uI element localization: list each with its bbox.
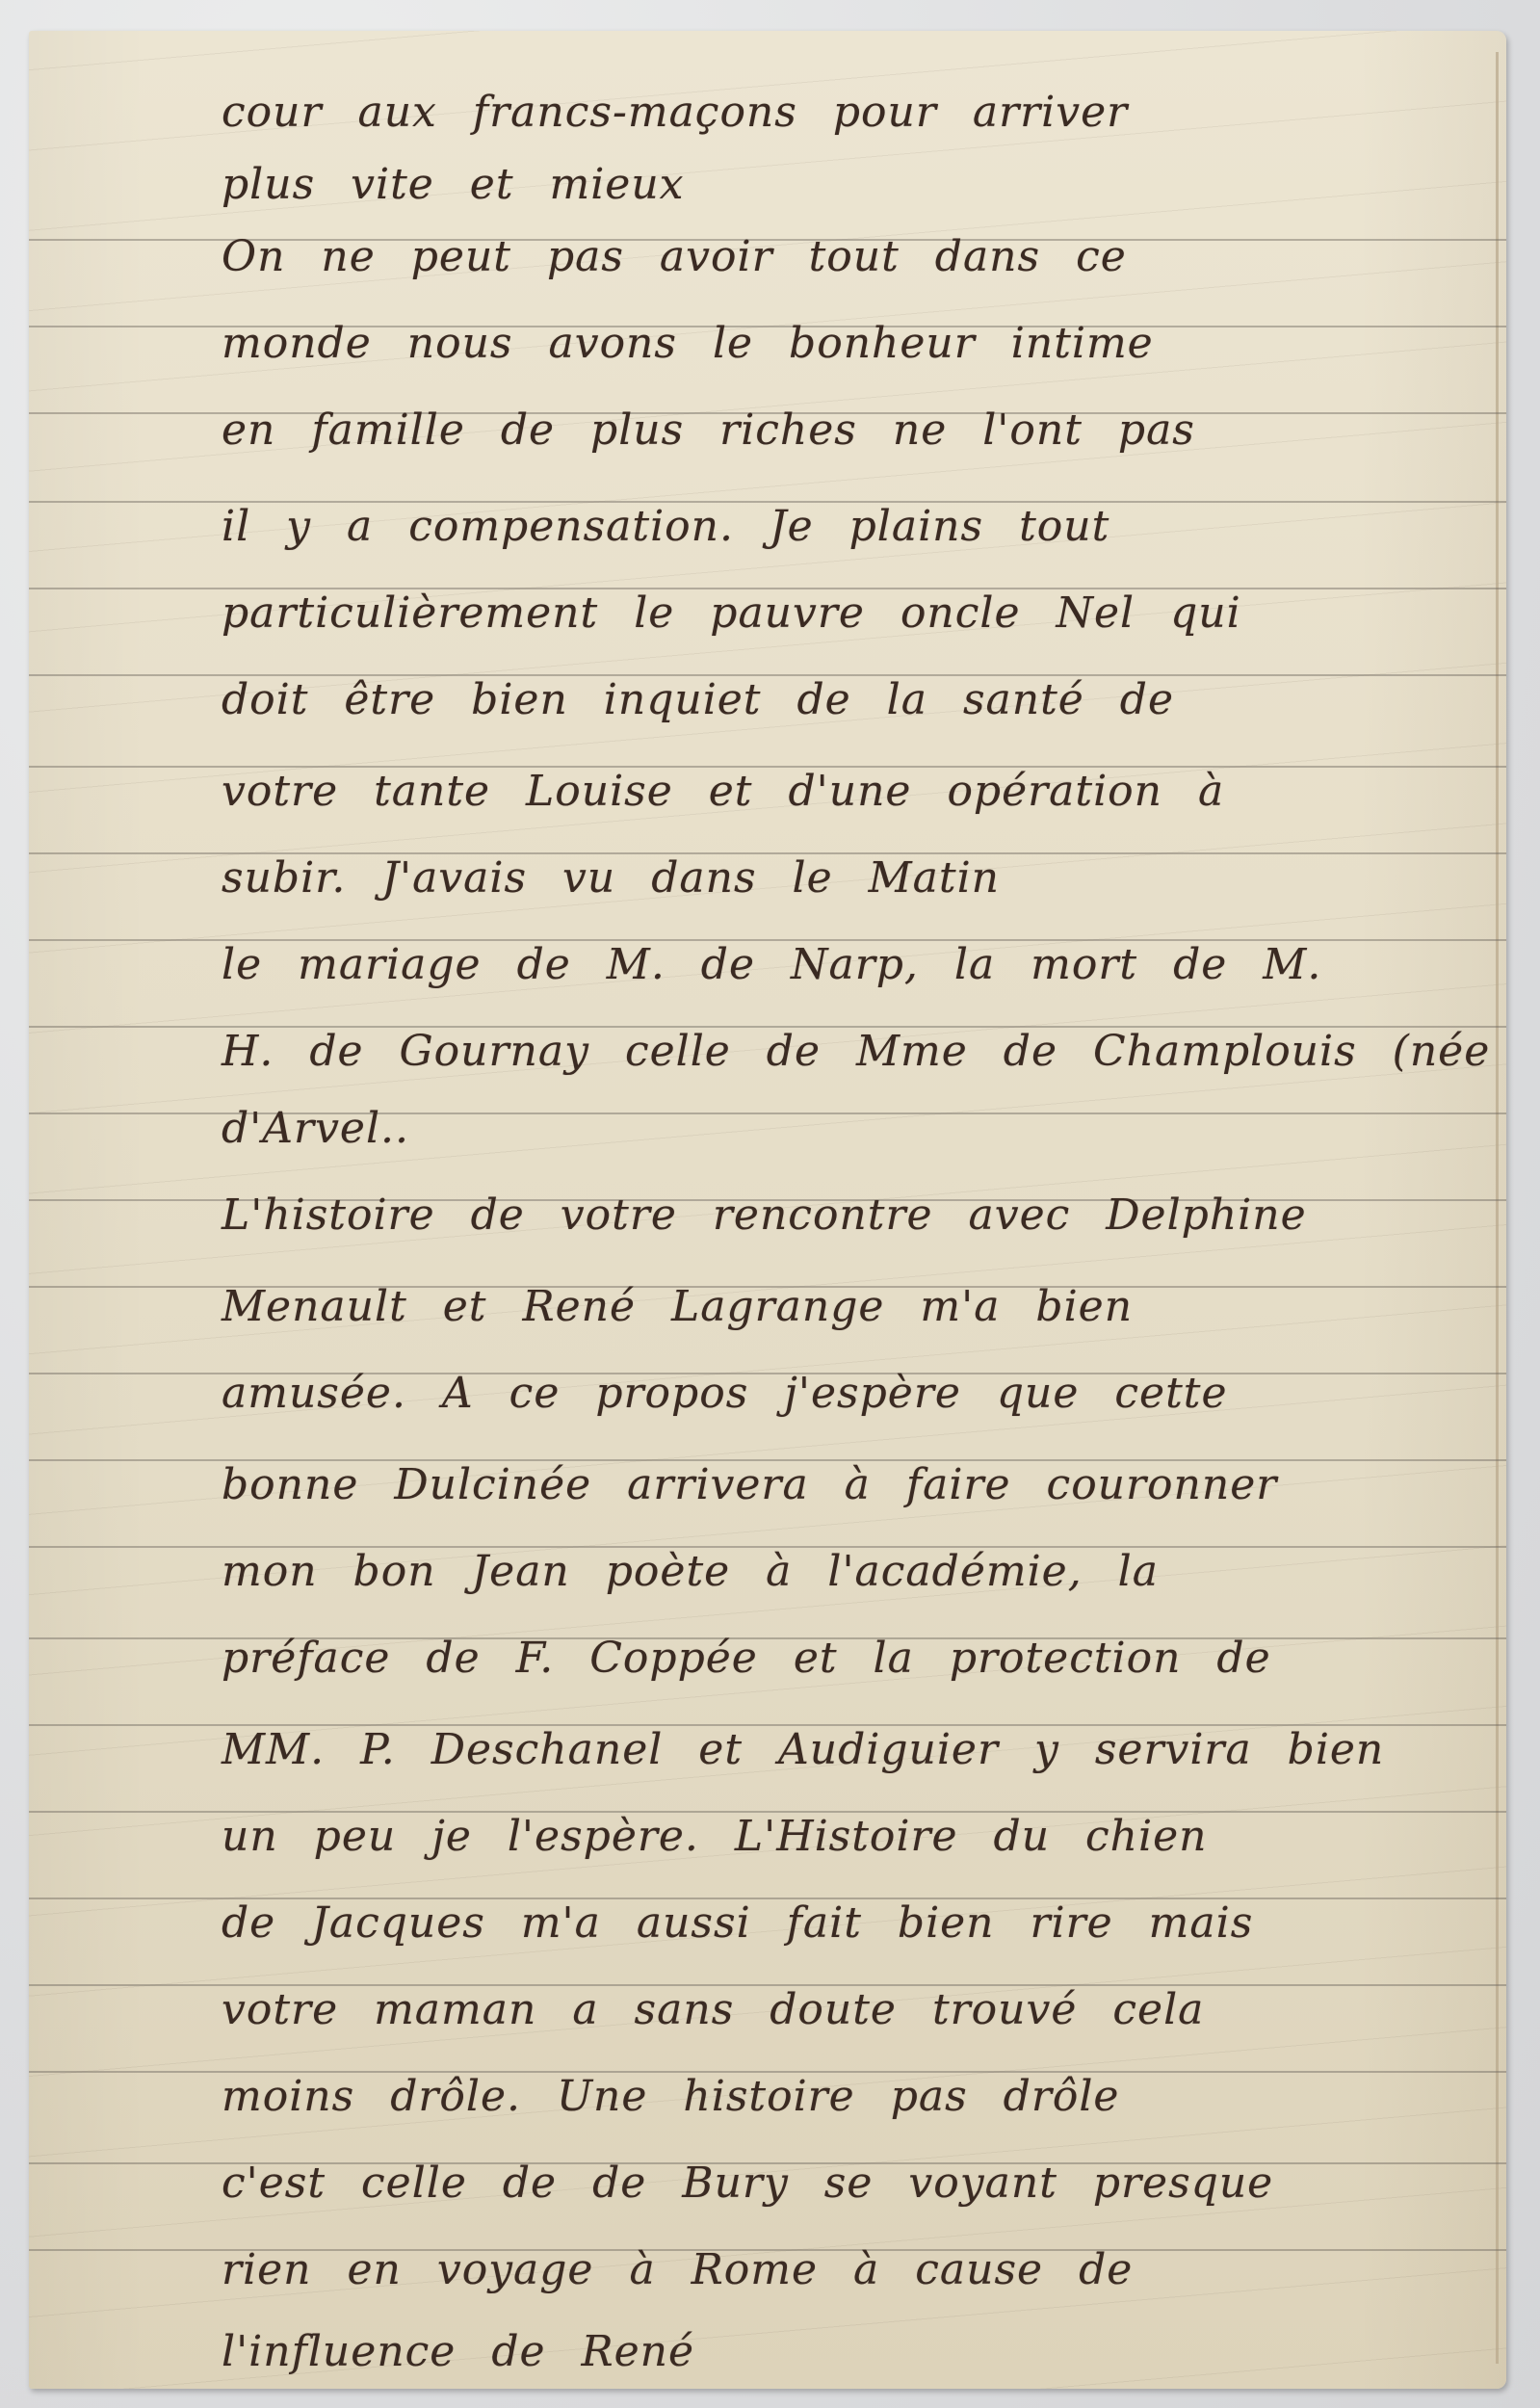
handwritten-line-24: moins drôle. Une histoire pas drôle (222, 2068, 1502, 2126)
handwritten-line-23: votre maman a sans doute trouvé cela (222, 1981, 1502, 2039)
handwritten-line-10: subir. J'avais vu dans le Matin (222, 850, 1502, 907)
handwritten-line-18: mon bon Jean poète à l'académie, la (222, 1543, 1502, 1601)
handwritten-line-20: MM. P. Deschanel et Audiguier y servira … (222, 1721, 1502, 1779)
handwritten-line-6: il y a compensation. Je plains tout (222, 498, 1502, 556)
handwritten-line-21: un peu je l'espère. L'Histoire du chien (222, 1808, 1502, 1866)
handwritten-line-17: bonne Dulcinée arrivera à faire couronne… (222, 1456, 1502, 1514)
handwritten-line-7: particulièrement le pauvre oncle Nel qui (222, 585, 1502, 642)
handwritten-line-4: monde nous avons le bonheur intime (222, 315, 1502, 373)
handwritten-line-16: amusée. A ce propos j'espère que cette (222, 1365, 1502, 1423)
handwritten-line-9: votre tante Louise et d'une opération à (222, 763, 1502, 821)
handwritten-line-12: H. de Gournay celle de Mme de Champlouis… (222, 1023, 1502, 1081)
handwritten-line-15: Menault et René Lagrange m'a bien (222, 1278, 1502, 1336)
handwritten-line-2: plus vite et mieux (222, 156, 1502, 214)
handwritten-line-8: doit être bien inquiet de la santé de (222, 671, 1502, 729)
handwritten-line-26: rien en voyage à Rome à cause de (222, 2241, 1502, 2299)
letter-page: cour aux francs-maçons pour arriver plus… (29, 31, 1506, 2389)
handwritten-line-14: L'histoire de votre rencontre avec Delph… (222, 1187, 1502, 1244)
handwritten-line-13: d'Arvel.. (222, 1100, 1502, 1158)
handwritten-line-22: de Jacques m'a aussi fait bien rire mais (222, 1895, 1502, 1952)
handwritten-line-3: On ne peut pas avoir tout dans ce (222, 228, 1502, 286)
handwritten-line-11: le mariage de M. de Narp, la mort de M. (222, 936, 1502, 994)
handwritten-line-27: l'influence de René (222, 2323, 1502, 2381)
handwritten-line-5: en famille de plus riches ne l'ont pas (222, 402, 1502, 459)
handwritten-line-19: préface de F. Coppée et la protection de (222, 1630, 1502, 1688)
handwritten-line-25: c'est celle de de Bury se voyant presque (222, 2155, 1502, 2212)
handwritten-line-1: cour aux francs-maçons pour arriver (222, 84, 1502, 142)
